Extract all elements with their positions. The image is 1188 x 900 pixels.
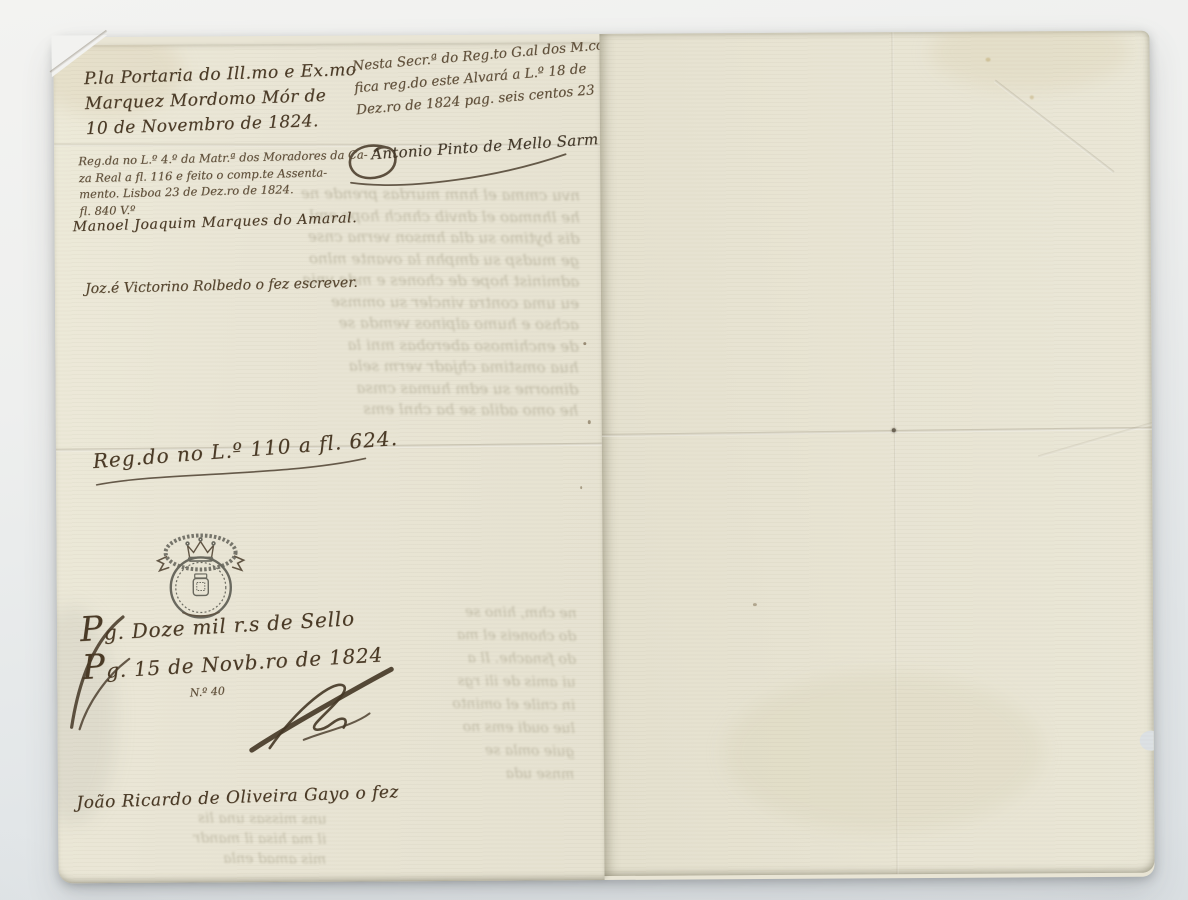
- fold-crease: [602, 427, 1152, 437]
- registration-note: Reg.da no L.º 4.º da Matr.ª dos Moradore…: [78, 146, 369, 219]
- photograph-background: nvu cmma el hnm murdas prende nehe lhnma…: [0, 0, 1188, 900]
- foxing-spot: [583, 342, 586, 345]
- fold-crease: [891, 32, 898, 874]
- fee-number-note: N.º 40: [189, 684, 225, 699]
- fold-crease: [994, 80, 1115, 174]
- paper-stain: [929, 31, 1129, 92]
- foxing-spot: [580, 486, 582, 489]
- foxing-spot: [986, 58, 991, 62]
- secretaria-note: Nesta Secr.ª do Reg.to G.al dos M.cosfic…: [352, 42, 605, 121]
- rubric-flourish-icon: [245, 661, 396, 757]
- foxing-spot: [588, 420, 591, 424]
- portaria-heading: P.la Portaria do Ill.mo e Ex.moMarquez M…: [84, 58, 359, 142]
- fold-crease: [1038, 419, 1155, 458]
- page-left: nvu cmma el hnm murdas prende nehe lhnma…: [53, 42, 604, 883]
- page-right: [599, 31, 1154, 876]
- foxing-spot: [1030, 95, 1034, 99]
- pinhole: [892, 428, 896, 432]
- ghost-line: il ma hisa il mandr: [86, 827, 326, 850]
- paper-stain: [723, 671, 1044, 833]
- document-sheet: nvu cmma el hnm murdas prende nehe lhnma…: [53, 31, 1154, 884]
- ghost-line: mis amad enla: [86, 847, 326, 870]
- showthrough-text: uns missas una lisil ma hisa il mandrmis…: [86, 807, 327, 870]
- corner-tear: [1140, 731, 1155, 751]
- foxing-spot: [753, 603, 757, 606]
- ghost-line: he omo adila se ba chnl ems: [90, 397, 578, 422]
- registry-number-line: Reg.do no L.º 110 a fl. 624.: [92, 426, 399, 473]
